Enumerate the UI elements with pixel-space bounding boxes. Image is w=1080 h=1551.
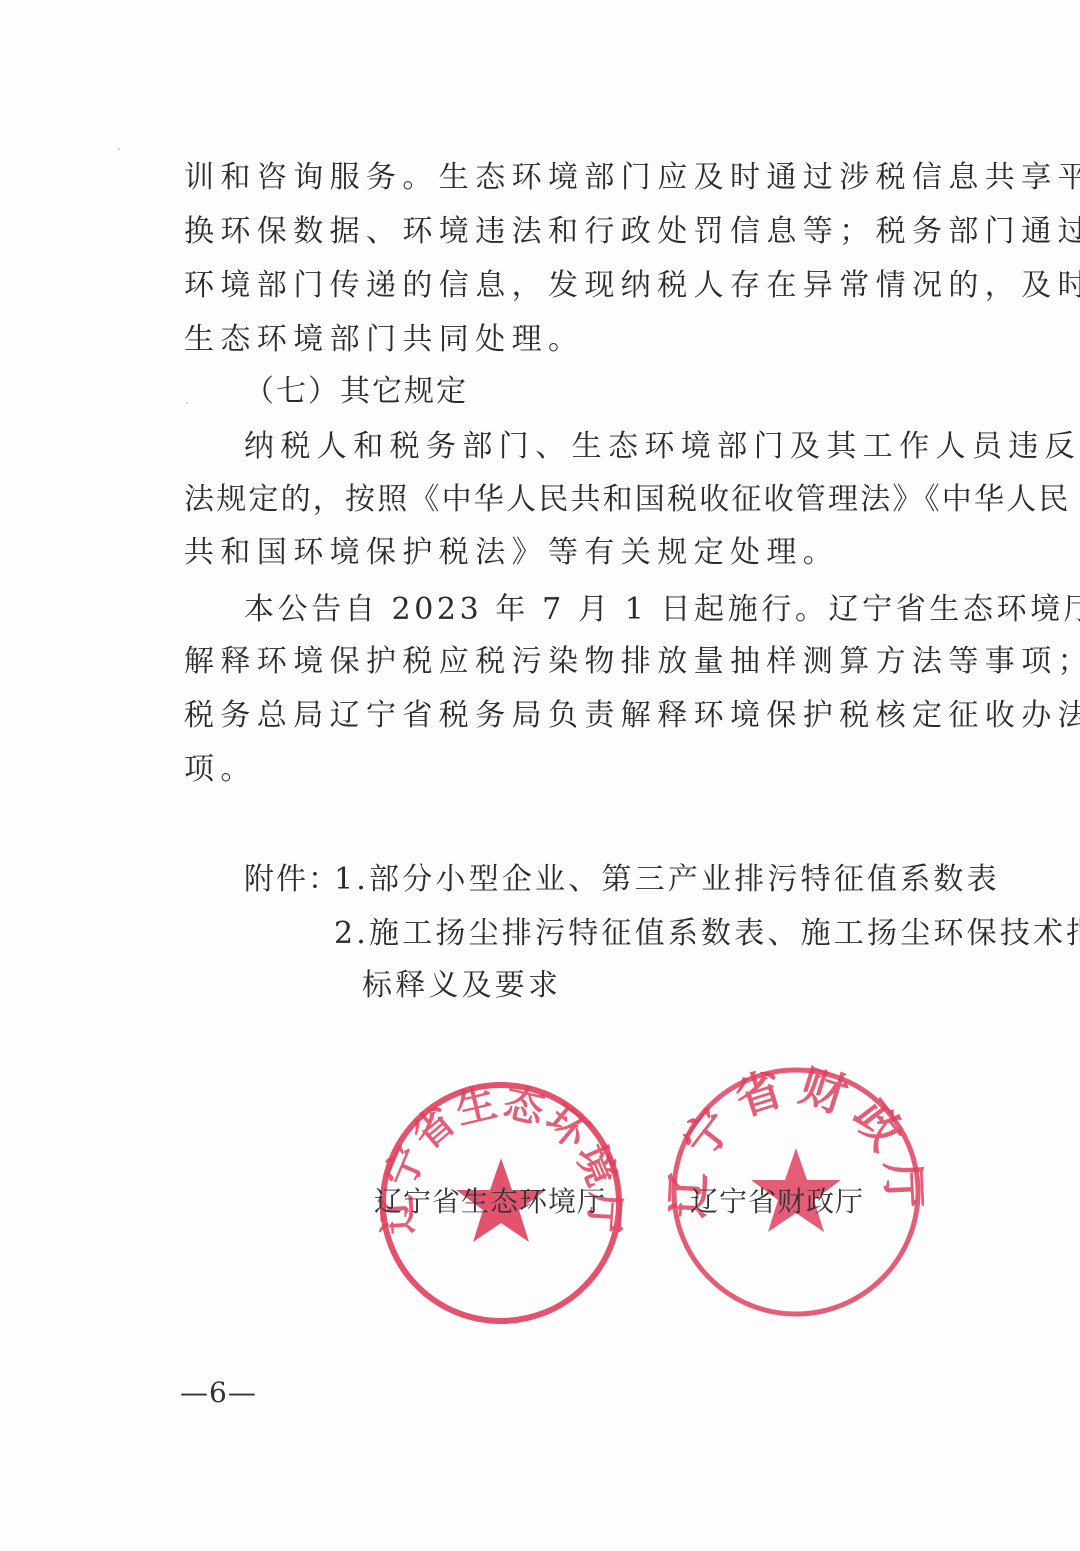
section-heading: （七）其它规定 xyxy=(244,372,1064,412)
paragraph-3-line-2: 法规定的，按照《中华人民共和国税收征收管理法》《中华人民 xyxy=(184,480,1004,520)
page-number: —6— xyxy=(180,1376,257,1410)
paragraph-4-line-3: 税务总局辽宁省税务局负责解释环境保护税核定征收办法等事 xyxy=(184,696,1004,736)
paragraph-1-line-4: 生态环境部门共同处理。 xyxy=(184,320,1004,360)
attachment-2-line-2: 标释义及要求 xyxy=(362,966,561,1006)
paragraph-4-line-1: 本公告自 2023 年 7 月 1 日起施行。辽宁省生态环境厅负责 xyxy=(244,590,1004,630)
scan-speck xyxy=(118,148,120,150)
paragraph-4-line-4: 项。 xyxy=(184,750,1004,790)
paragraph-4-line-2: 解释环境保护税应税污染物排放量抽样测算方法等事项；国家 xyxy=(184,642,1004,682)
attachment-1: 1.部分小型企业、第三产业排污特征值系数表 xyxy=(334,860,1000,900)
signer-ecology-environment: 辽宁省生态环境厅 xyxy=(374,1184,606,1220)
attachment-2-line-1: 2.施工扬尘排污特征值系数表、施工扬尘环保技术指 xyxy=(334,914,1080,954)
signer-finance: 辽宁省财政厅 xyxy=(690,1184,864,1220)
paragraph-1-line-3: 环境部门传递的信息，发现纳税人存在异常情况的，及时会同 xyxy=(184,266,1004,306)
attachments-label: 附件： xyxy=(244,860,340,900)
scan-speck xyxy=(186,402,188,404)
document-page: 训和咨询服务。生态环境部门应及时通过涉税信息共享平台交 换环保数据、环境违法和行… xyxy=(0,0,1080,1551)
paragraph-3-line-1: 纳税人和税务部门、生态环境部门及其工作人员违反本办 xyxy=(244,427,1004,467)
paragraph-1-line-1: 训和咨询服务。生态环境部门应及时通过涉税信息共享平台交 xyxy=(184,158,1004,198)
paragraph-3-line-3: 共和国环境保护税法》等有关规定处理。 xyxy=(184,533,1004,573)
paragraph-1-line-2: 换环保数据、环境违法和行政处罚信息等；税务部门通过生态 xyxy=(184,212,1004,252)
